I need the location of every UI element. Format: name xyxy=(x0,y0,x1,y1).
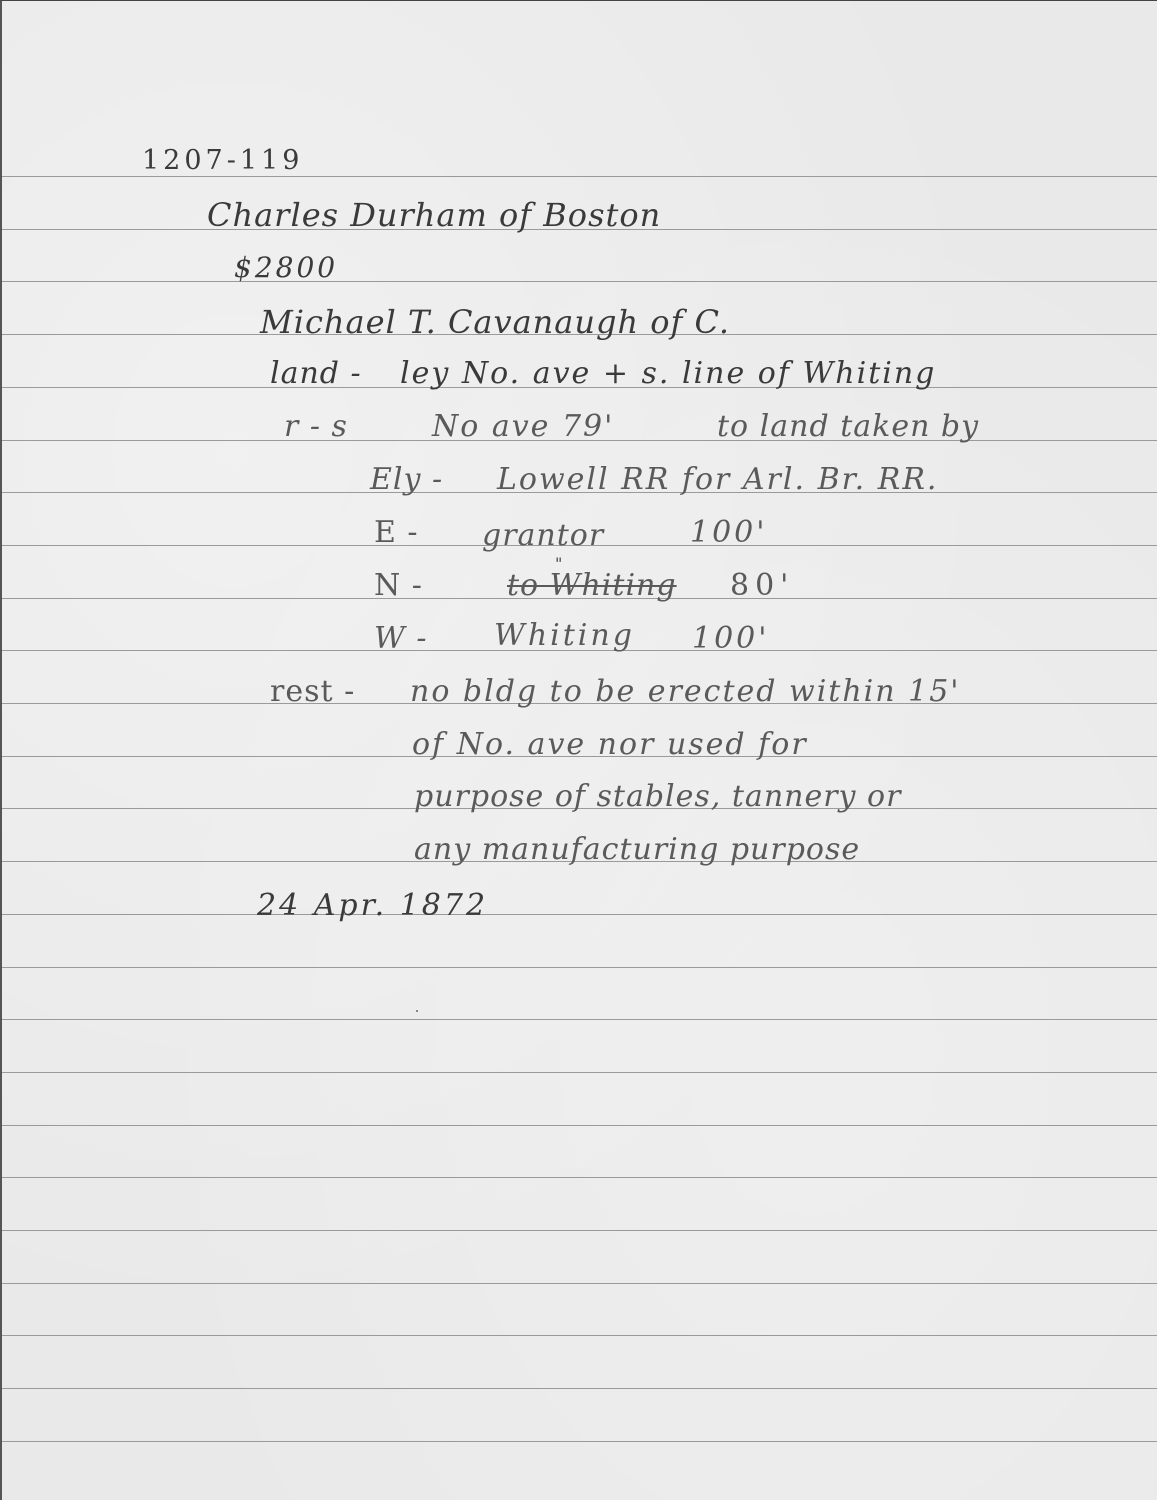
deed-date: 24 Apr. 1872 xyxy=(257,891,488,921)
ruled-line xyxy=(2,1441,1157,1442)
bound-text-struck: to Whiting xyxy=(507,571,677,601)
bound-direction: N - xyxy=(374,571,423,601)
bound-text: No ave 79' xyxy=(432,412,614,442)
bound-text: Lowell RR for Arl. Br. RR. xyxy=(497,465,938,495)
ruled-line xyxy=(2,1019,1157,1020)
ruled-line xyxy=(2,1125,1157,1126)
restriction-line: of No. ave nor used for xyxy=(412,730,808,760)
restriction-line: purpose of stables, tannery or xyxy=(414,782,901,812)
land-label: land - xyxy=(270,359,362,389)
ruled-line xyxy=(2,176,1157,177)
bound-direction: Ely - xyxy=(370,465,443,495)
bound-direction: r - s xyxy=(284,412,348,442)
ruled-line xyxy=(2,914,1157,915)
reference-number: 1207-119 xyxy=(142,147,303,174)
grantor-line: Charles Durham of Boston xyxy=(207,199,661,231)
bound-text: grantor xyxy=(482,521,604,551)
bound-measure: 100' xyxy=(692,624,770,654)
ruled-line xyxy=(2,1230,1157,1231)
ruled-line xyxy=(2,1177,1157,1178)
ruled-line xyxy=(2,1335,1157,1336)
bound-measure: 100' xyxy=(690,518,768,548)
land-description: ley No. ave + s. line of Whiting xyxy=(400,359,936,389)
bound-direction: W - xyxy=(374,624,428,654)
paper-speck xyxy=(416,1010,418,1012)
ruled-paper-page: 1207-119 Charles Durham of Boston $2800 … xyxy=(0,0,1157,1500)
bound-direction: E - xyxy=(374,518,419,548)
bound-measure: 80' xyxy=(730,571,794,601)
grantee-line: Michael T. Cavanaugh of C. xyxy=(260,306,730,338)
ruled-line xyxy=(2,1388,1157,1389)
ruled-line xyxy=(2,1072,1157,1073)
bound-extra: to land taken by xyxy=(717,412,979,442)
ruled-line xyxy=(2,967,1157,968)
ruled-line xyxy=(2,1283,1157,1284)
restriction-label: rest - xyxy=(270,677,355,707)
bound-text: Whiting xyxy=(494,621,635,651)
ruled-line xyxy=(2,281,1157,282)
price: $2800 xyxy=(234,254,338,282)
restriction-line: any manufacturing purpose xyxy=(414,835,860,865)
restriction-line: no bldg to be erected within 15' xyxy=(410,677,961,707)
